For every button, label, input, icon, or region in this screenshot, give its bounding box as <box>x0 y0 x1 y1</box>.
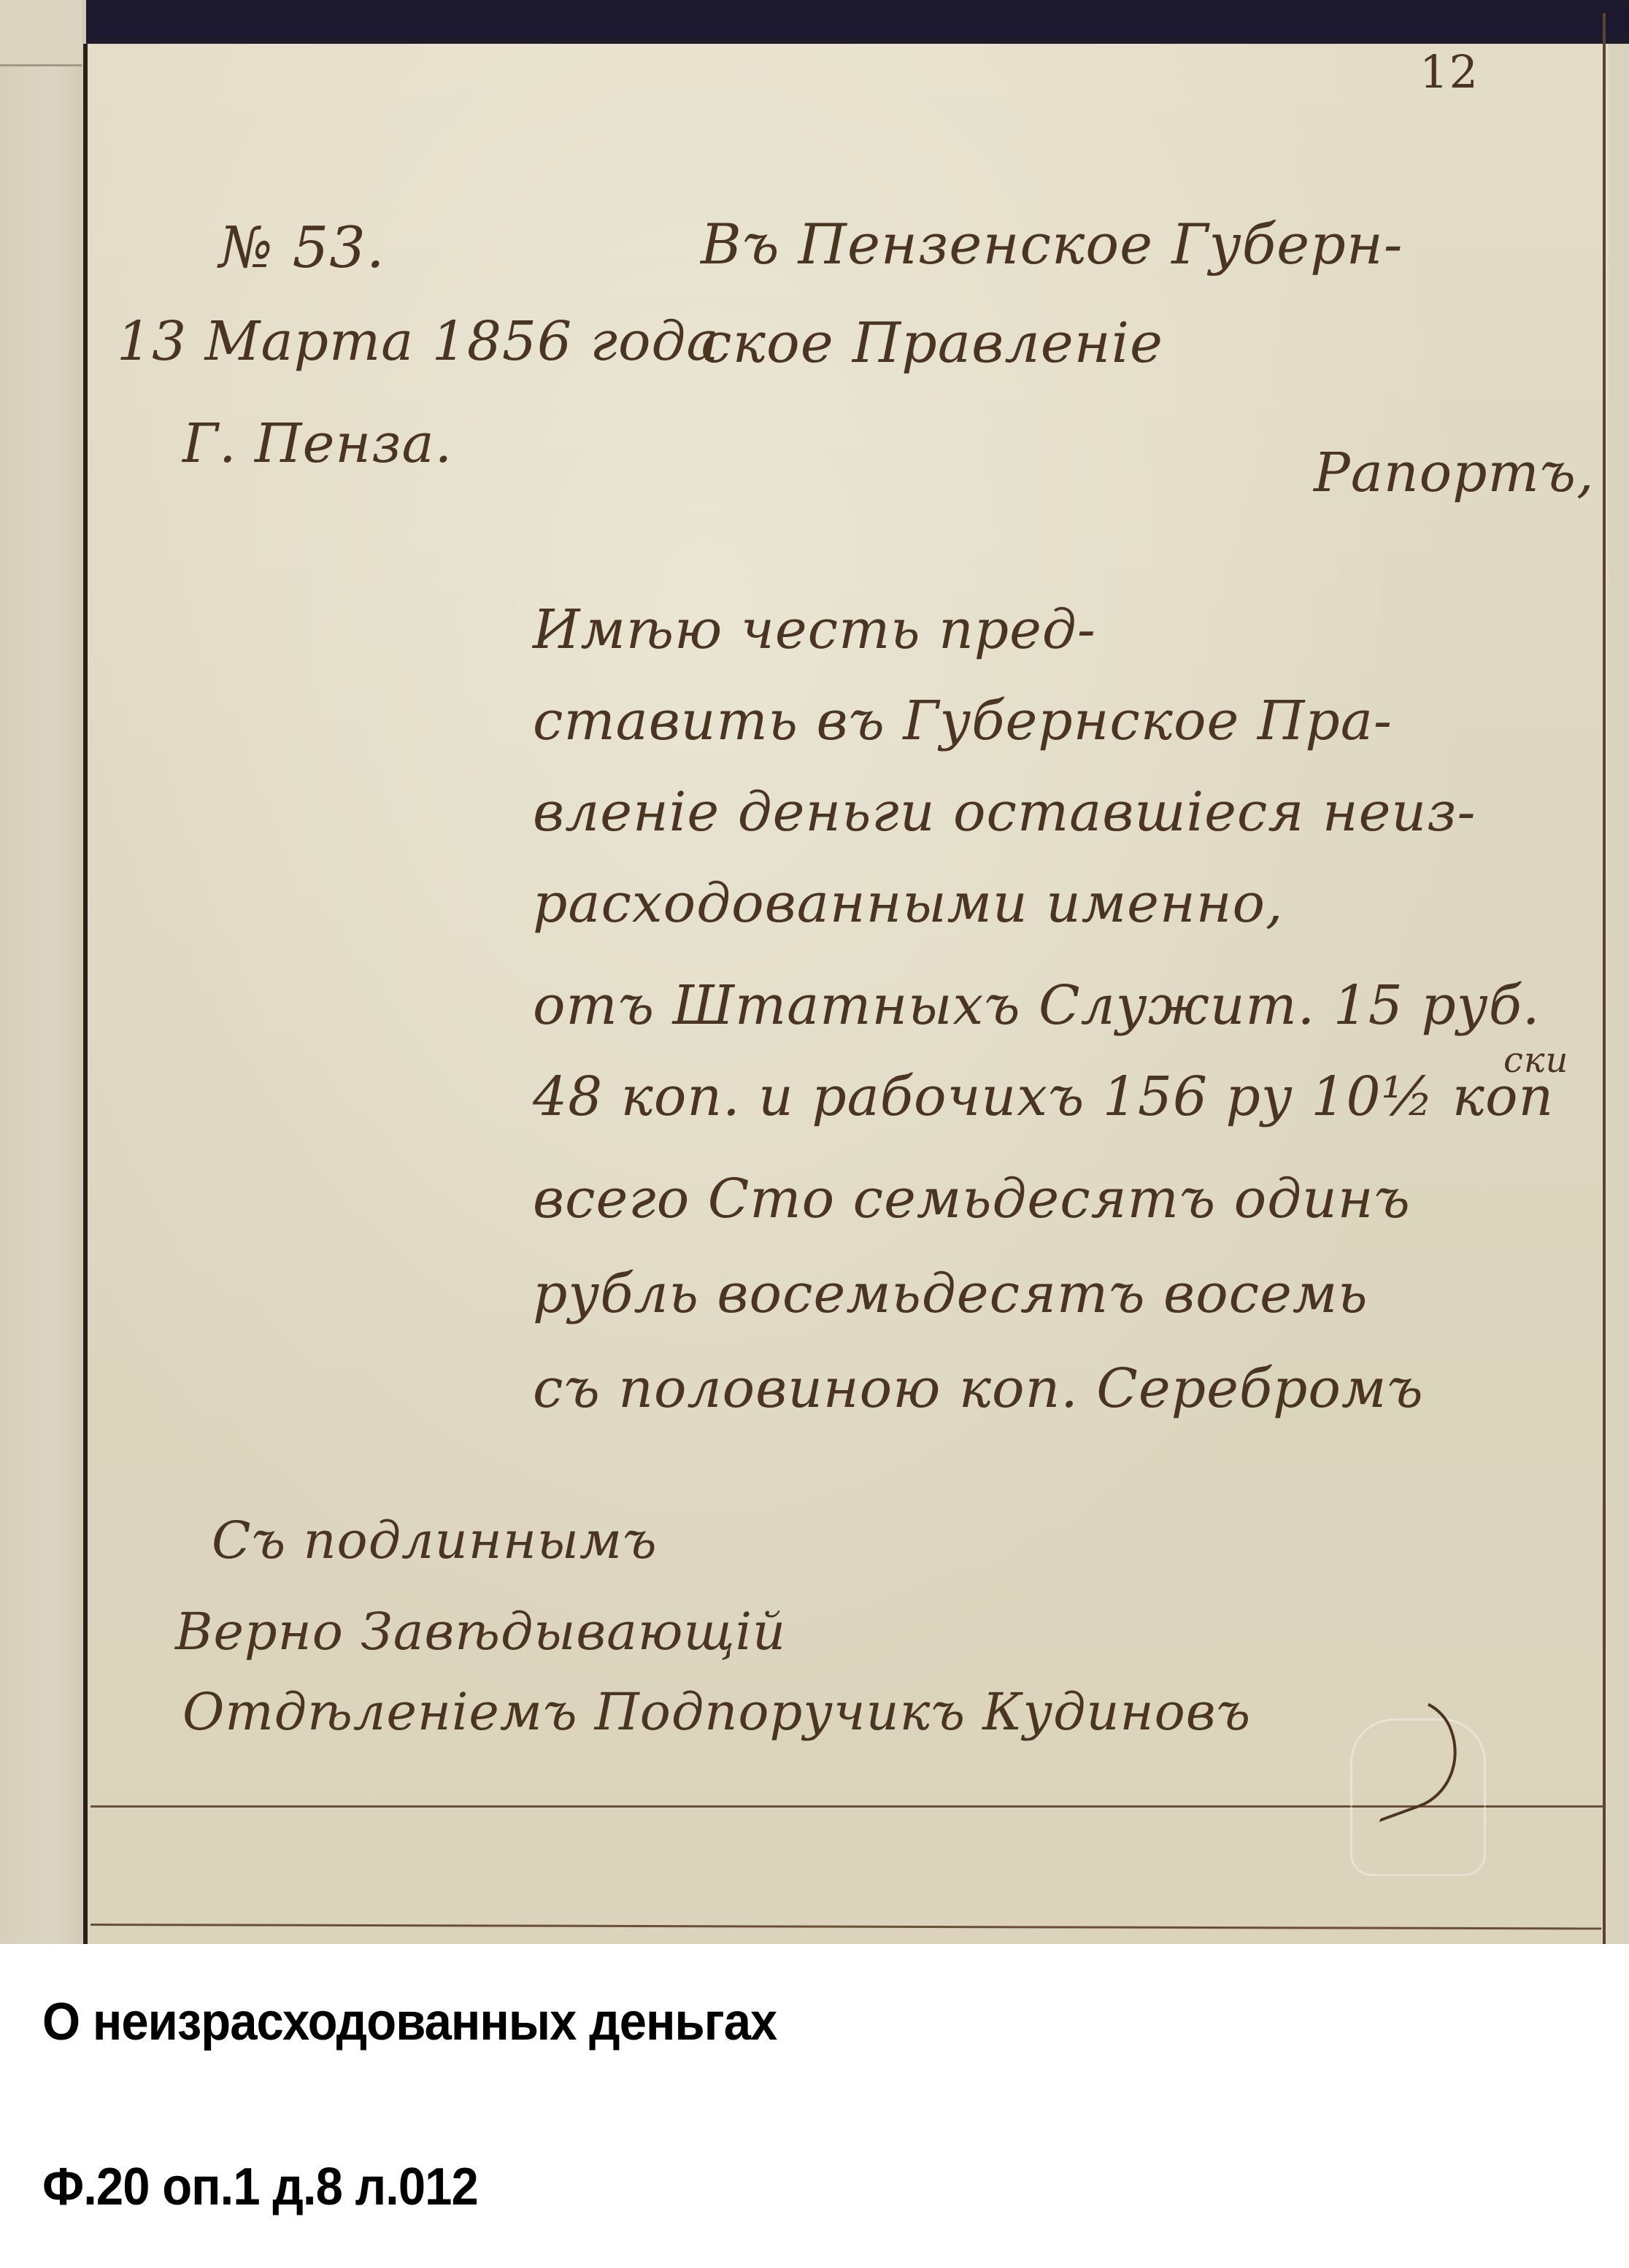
adjacent-page-tab <box>0 0 82 64</box>
signature-line: Отдѣленіемъ Подпоручикъ Кудиновъ <box>182 1682 1251 1742</box>
signature-line: Съ подлиннымъ <box>212 1511 658 1570</box>
addressee-line-2: ское Правленіе <box>701 310 1163 375</box>
report-title: Рапортъ, <box>1314 441 1595 504</box>
folio-number: 12 <box>1420 45 1479 99</box>
body-line: Имѣю честь пред- <box>533 598 1096 661</box>
body-line: рубль восемьдесятъ восемь <box>533 1262 1368 1325</box>
body-line: 48 коп. и рабочихъ 156 ру 10½ коп <box>533 1065 1554 1128</box>
adjacent-page <box>0 0 86 1944</box>
body-line: всего Сто семьдесятъ одинъ <box>533 1168 1411 1230</box>
addressee-line-1: Въ Пензенское Губерн- <box>701 212 1403 277</box>
archive-reference: Ф.20 оп.1 д.8 л.012 <box>42 2157 478 2217</box>
body-line: расходованными именно, <box>533 872 1284 935</box>
body-line: вленіе деньги оставшіеся неиз- <box>533 781 1476 844</box>
binding-edge <box>83 44 88 1944</box>
document-number: № 53. <box>219 215 385 281</box>
signature-line: Верно Завѣдывающій <box>175 1602 786 1662</box>
body-line: отъ Штатныхъ Служит. 15 руб. <box>533 974 1540 1037</box>
document-place: Г. Пенза. <box>182 412 452 475</box>
document-scan: 12 № 53. 13 Марта 1856 года Г. Пенза. Въ… <box>0 0 1629 1944</box>
body-line: ставить въ Губернское Пра- <box>533 690 1393 752</box>
scan-backdrop <box>86 0 1629 45</box>
right-page-edge <box>1609 44 1629 1944</box>
adjacent-page-fold <box>0 64 82 66</box>
body-line: съ половиною коп. Серебромъ <box>533 1357 1424 1420</box>
caption-title: О неизрасходованных деньгах <box>42 1992 777 2052</box>
document-date: 13 Марта 1856 года <box>117 310 720 373</box>
right-margin-rule <box>1603 13 1606 1944</box>
caption-panel: О неизрасходованных деньгах Ф.20 оп.1 д.… <box>0 1944 1629 2268</box>
